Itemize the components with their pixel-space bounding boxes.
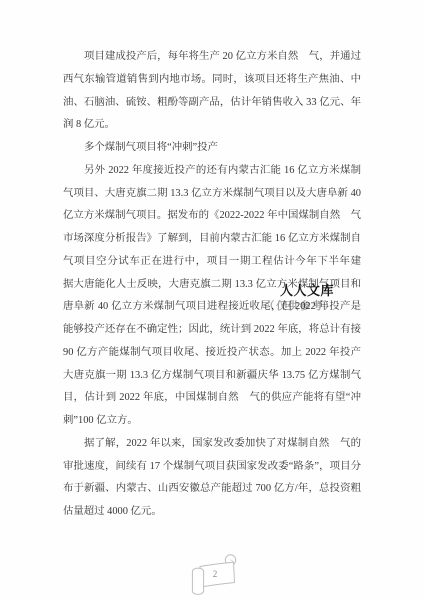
page-number-scroll: 2 xyxy=(186,551,244,597)
page-number: 2 xyxy=(213,569,218,579)
text-line: 唐阜新 40 亿立方米煤制气项目进程接近收尾，但 2022 年投产是否 xyxy=(63,296,361,319)
scroll-banner-icon: 2 xyxy=(186,551,244,597)
text-line: 项目建成投产后，每年将生产 20 亿立方米自然 气，并通过 xyxy=(63,46,361,69)
text-line: 90 亿方产能煤制气项目收尾、接近投产状态。加上 2022 年投产的 xyxy=(63,342,361,365)
text-line: 目，估计到 2022 年底，中国煤制自然 气的供应产能将有望“冲 xyxy=(63,387,361,410)
text-line: 刺”100 亿立方。 xyxy=(63,410,361,433)
text-line: 估量超过 4000 亿元。 xyxy=(63,501,361,524)
text-line: 油、石脑油、硫铵、粗酚等副产品，估计年销售收入 33 亿元、年利 xyxy=(63,92,361,115)
text-line: 能够投产还存在不确定性；因此，统计到 2022 年底，将总计有接近 xyxy=(63,319,361,342)
watermark-title: 人人文库 xyxy=(274,284,340,298)
text-line: 润 8 亿元。 xyxy=(63,114,361,137)
text-line: 气项目、大唐克旗二期 13.3 亿立方米煤制气项目以及大唐阜新 40 xyxy=(63,183,361,206)
section-heading: 多个煤制气项目将“冲刺”投产 xyxy=(63,137,361,160)
text-line: 据了解，2022 年以来，国家发改委加快了对煤制自然 气的 xyxy=(63,433,361,456)
text-line: 市场深度分析报告》了解到，目前内蒙古汇能 16 亿立方米煤制自然 xyxy=(63,228,361,251)
document-page: 项目建成投产后，每年将生产 20 亿立方米自然 气，并通过 西气东输管道销售到内… xyxy=(0,0,424,600)
text-line: 审批速度，间续有 17 个煤制气项目获国家发改委“路条”，项目分 xyxy=(63,456,361,479)
text-line: 亿立方米煤制气项目。据发布的《2022-2022 年中国煤制自然 气 xyxy=(63,205,361,228)
text-line: 布于新疆、内蒙古、山西安徽总产能超过 700 亿方/年，总投资粗略 xyxy=(63,478,361,501)
text-line: 气项目空分试车正在进行中，项目一期工程估计今年下半年建成； xyxy=(63,251,361,274)
text-line: 大唐克旗一期 13.3 亿方煤制气项目和新疆庆华 13.75 亿方煤制气项 xyxy=(63,365,361,388)
text-line: 西气东输管道销售到内地市场。同时，该项目还将生产焦油、中 xyxy=(63,69,361,92)
text-line: 另外 2022 年度接近投产的还有内蒙古汇能 16 亿立方米煤制 xyxy=(63,160,361,183)
